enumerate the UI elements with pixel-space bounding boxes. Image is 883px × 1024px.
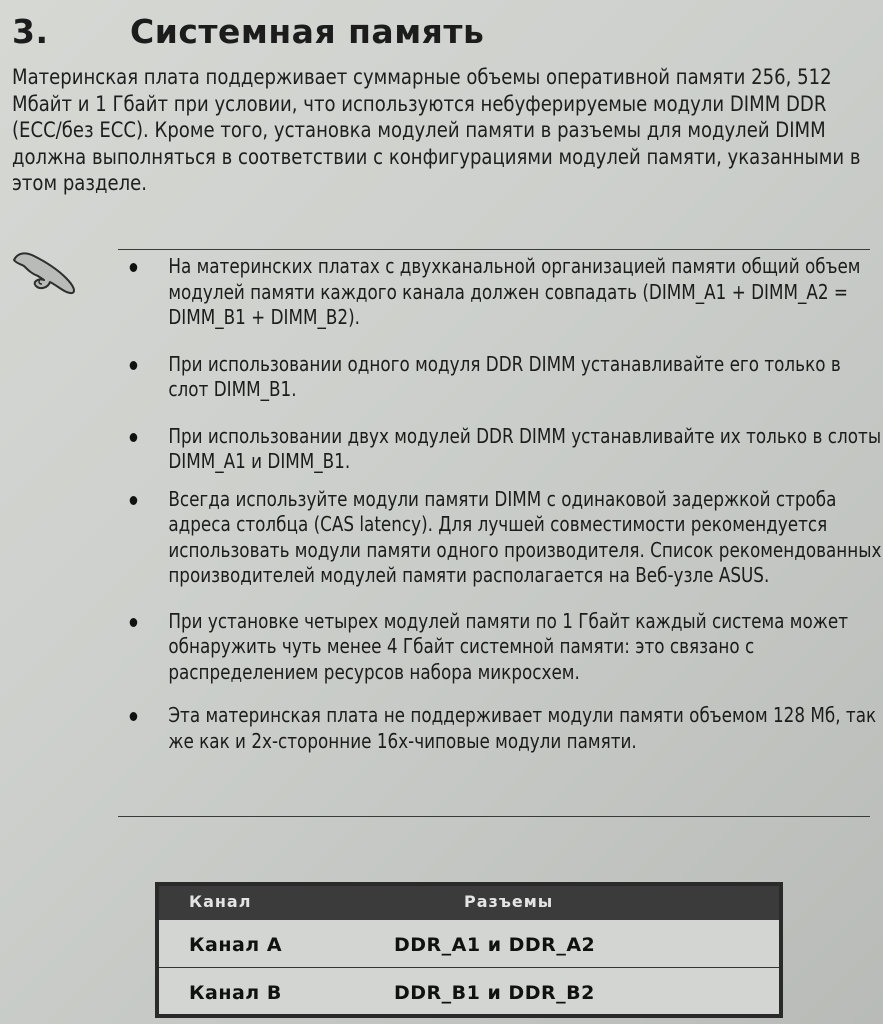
bullet-item: При использовании одного модуля DDR DIMM… [128, 352, 883, 403]
note-top-divider [118, 249, 870, 250]
bullet-item: Всегда используйте модули памяти DIMM с … [128, 487, 883, 589]
bullet-item: При использовании двух модулей DDR DIMM … [128, 424, 883, 475]
bullet-item: На материнских платах с двухканальной ор… [128, 254, 883, 331]
bullet-item: При установке четырех модулей памяти по … [128, 609, 883, 686]
table-row: Канал B DDR_B1 и DDR_B2 [159, 967, 779, 1015]
table-header: Канал Разъемы [159, 886, 779, 920]
note-bullet-list: На материнских платах с двухканальной ор… [128, 254, 883, 754]
slots-cell: DDR_A1 и DDR_A2 [394, 934, 595, 956]
manual-page: 3.Системная память Материнская плата под… [0, 0, 883, 1024]
section-heading: 3.Системная память [12, 12, 484, 51]
section-title: Системная память [130, 12, 484, 51]
table-row: Канал A DDR_A1 и DDR_A2 [159, 920, 779, 967]
channel-cell: Канал B [189, 982, 282, 1004]
channel-slot-table: Канал Разъемы Канал A DDR_A1 и DDR_A2 Ка… [155, 882, 783, 1018]
header-slots: Разъемы [464, 892, 553, 911]
intro-paragraph: Материнская плата поддерживает суммарные… [12, 64, 872, 197]
section-number: 3. [12, 12, 130, 51]
pointing-hand-icon [8, 240, 80, 300]
header-channel: Канал [189, 892, 251, 911]
slots-cell: DDR_B1 и DDR_B2 [394, 982, 595, 1004]
note-bottom-divider [118, 816, 870, 817]
channel-cell: Канал A [189, 934, 282, 956]
bullet-item: Эта материнская плата не поддерживает мо… [128, 703, 883, 754]
